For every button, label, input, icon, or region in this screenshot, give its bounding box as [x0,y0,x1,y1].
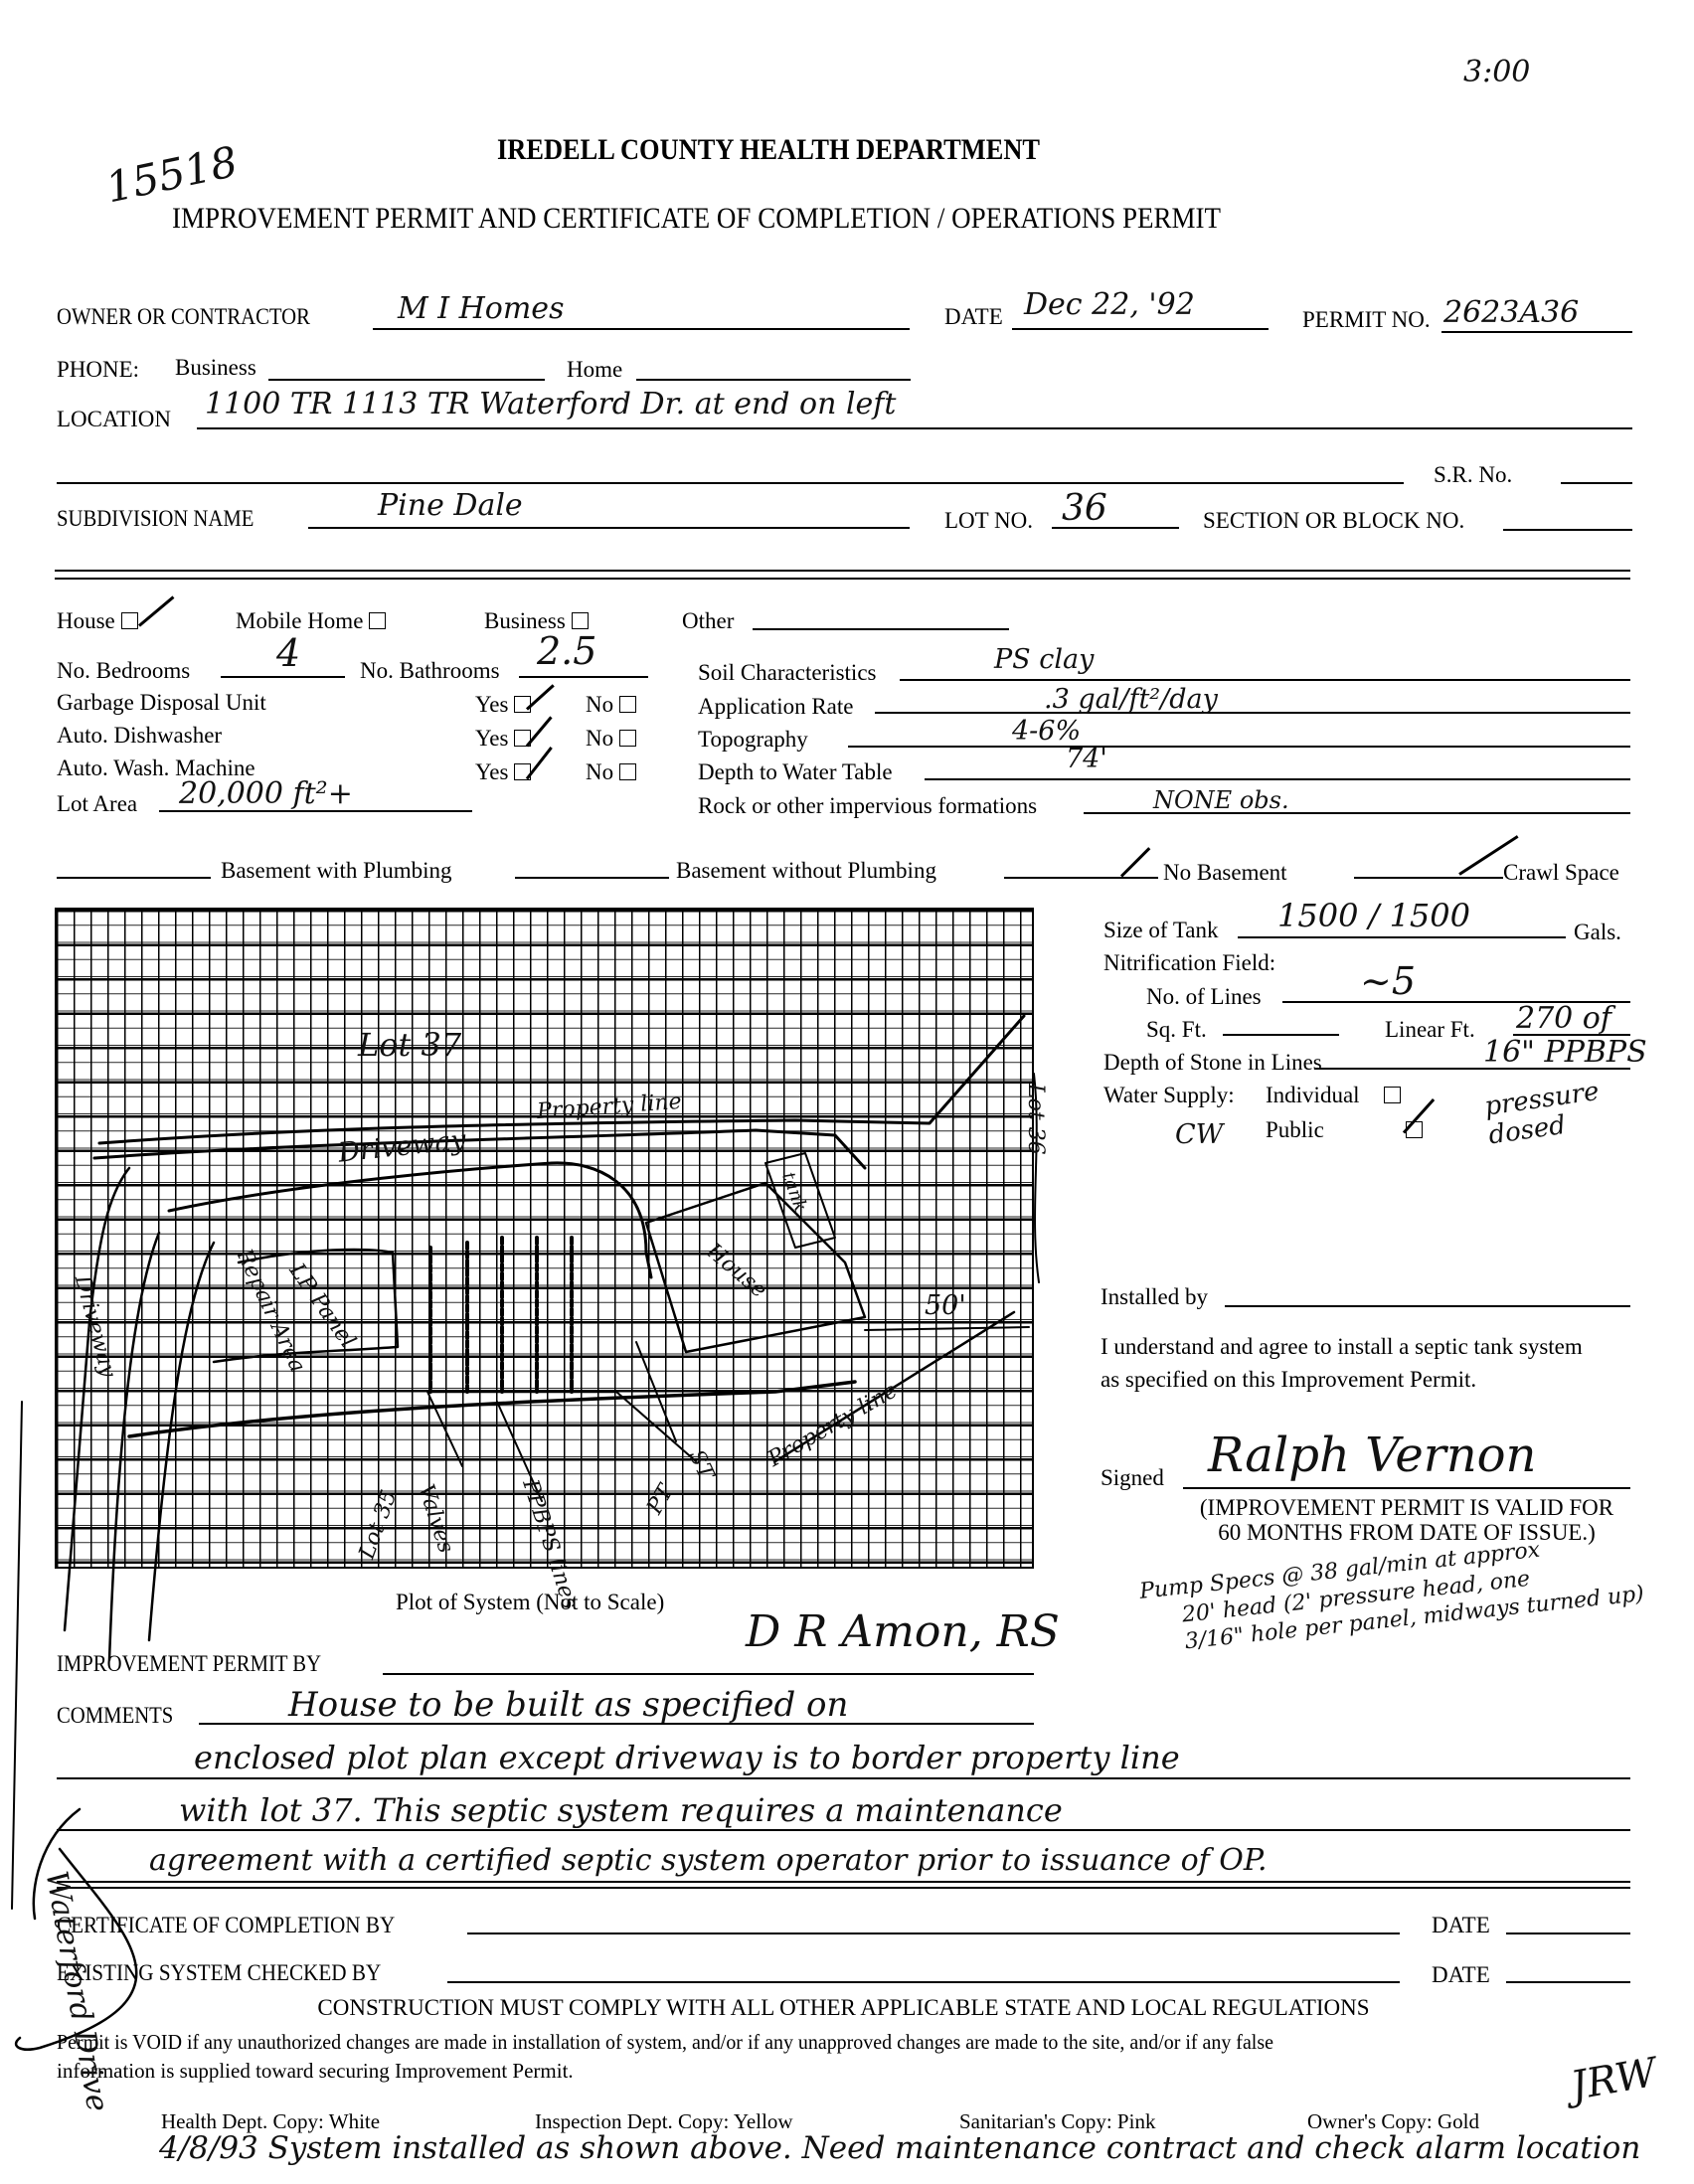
owner-label: OWNER OR CONTRACTOR [57,305,310,328]
application-rate-line [875,712,1630,714]
date-field[interactable]: Dec 22, '92 [1024,290,1195,320]
location-field-line [197,427,1632,429]
lines-label: No. of Lines [1146,985,1262,1008]
regulations-notice: CONSTRUCTION MUST COMPLY WITH ALL OTHER … [57,1996,1630,2019]
certificate-label: CERTIFICATE OF COMPLETION BY [57,1914,395,1936]
yes-label: Yes [475,692,508,717]
sr-number-label: S.R. No. [1434,463,1512,486]
garbage-disposal-no-checkbox[interactable] [619,696,636,713]
tank-size-unit: Gals. [1574,921,1621,943]
comments-text-2[interactable]: enclosed plot plan except driveway is to… [194,1742,1180,1773]
tank-size-label: Size of Tank [1103,919,1219,941]
basement-without-plumbing-field[interactable] [515,877,669,879]
individual-label: Individual [1266,1083,1360,1107]
yes-label: Yes [475,726,508,751]
void-notice-line-1: Permit is VOID if any unauthorized chang… [57,2032,1273,2053]
validity-line-1: (IMPROVEMENT PERMIT IS VALID FOR [1183,1496,1630,1519]
comments-text-4[interactable]: agreement with a certified septic system… [149,1846,1268,1876]
basement-without-plumbing-label: Basement without Plumbing [676,859,936,882]
permit-number-line [1441,331,1632,333]
no-label: No [586,759,613,784]
soil-characteristics-field[interactable]: PS clay [994,646,1094,673]
other-label: Other [682,609,734,632]
comments-line-3 [57,1829,1630,1831]
dishwasher-no[interactable]: No [586,727,636,750]
file-number-note: 15518 [102,141,241,210]
section-block-field[interactable] [1503,529,1632,531]
house-checkbox[interactable] [121,612,138,629]
basement-with-plumbing-field[interactable] [57,877,211,879]
water-supply-individual[interactable]: Individual [1266,1084,1401,1106]
stone-depth-label: Depth of Stone in Lines [1103,1051,1322,1074]
divider-bottom [55,578,1630,580]
copy-inspection-dept: Inspection Dept. Copy: Yellow [535,2111,793,2132]
water-supply-public[interactable]: Public [1266,1118,1423,1141]
linear-ft-field[interactable]: 270 of [1516,1004,1611,1034]
no-label: No [586,692,613,717]
installation-note: 4/8/93 System installed as shown above. … [159,2133,1640,2164]
divider-top [55,570,1630,572]
subdivision-label: SUBDIVISION NAME [57,507,254,530]
lines-field[interactable]: ~5 [1360,962,1416,1000]
bedrooms-line [221,676,345,678]
yes-label: Yes [475,759,508,784]
sr-number-field[interactable] [1561,482,1632,484]
plot-label-lot-side: Lot 36 [1022,1084,1050,1155]
pump-specs-note: Pump Specs @ 38 gal/min at approx 20' he… [1138,1526,1645,1660]
basement-with-plumbing-label: Basement with Plumbing [221,859,452,882]
section-block-label: SECTION OR BLOCK NO. [1203,509,1464,532]
house-check-mark [138,595,174,626]
form-title: IMPROVEMENT PERMIT AND CERTIFICATE OF CO… [172,202,1221,236]
installed-by-label: Installed by [1101,1285,1208,1308]
existing-date-label: DATE [1432,1963,1490,1986]
phone-label: PHONE: [57,358,139,381]
phone-business-label: Business [175,356,256,379]
plot-label-dimension: 50' [925,1292,966,1319]
nitrification-label: Nitrification Field: [1103,951,1275,974]
permit-by-line [383,1673,1034,1675]
public-water-note: CW [1175,1121,1223,1148]
certificate-date-field[interactable] [1506,1932,1630,1934]
bathrooms-label: No. Bathrooms [360,659,500,682]
rock-formations-field[interactable]: NONE obs. [1153,785,1289,815]
water-table-line [925,778,1630,780]
washing-machine-yes[interactable]: Yes [475,760,531,783]
certificate-field[interactable] [467,1932,1400,1934]
plot-grid [55,908,1034,1569]
inspector-initials: JRW [1568,2053,1659,2106]
topography-field[interactable]: 4-6% [1012,718,1081,745]
pressure-dosed-note: pressure dosed [1483,1075,1629,1150]
application-rate-label: Application Rate [698,695,854,718]
comments-text-1[interactable]: House to be built as specified on [288,1688,848,1722]
other-field[interactable] [753,628,1009,630]
lot-area-field[interactable]: 20,000 ft²+ [179,779,353,809]
mobile-home-label: Mobile Home [236,608,363,633]
garbage-disposal-yes[interactable]: Yes [475,693,531,716]
application-rate-field[interactable]: .3 gal/ft²/day [1044,686,1218,713]
agreement-line-2: as specified on this Improvement Permit. [1101,1368,1476,1391]
location-label: LOCATION [57,408,171,430]
soil-characteristics-label: Soil Characteristics [698,661,877,684]
agreement-line-1: I understand and agree to install a sept… [1101,1335,1583,1358]
rock-formations-label: Rock or other impervious formations [698,794,1037,817]
dishwasher-yes[interactable]: Yes [475,727,531,750]
comments-line-4 [57,1881,1630,1883]
water-table-field[interactable]: 74' [1066,746,1107,772]
permit-number-label: PERMIT NO. [1302,308,1431,331]
bathrooms-field[interactable]: 2.5 [537,632,596,670]
comments-label: COMMENTS [57,1704,173,1727]
no-basement-check-mark [1120,847,1150,877]
certificate-date-label: DATE [1432,1914,1490,1936]
house-label: House [57,608,115,633]
bathrooms-line [519,676,648,678]
lot-number-label: LOT NO. [944,509,1033,532]
copy-sanitarian: Sanitarian's Copy: Pink [959,2111,1155,2132]
garbage-disposal-label: Garbage Disposal Unit [57,691,266,714]
plot-caption: Plot of System (Not to Scale) [396,1591,664,1613]
public-label: Public [1266,1117,1324,1142]
margin-note-waterford: Waterford Drive [40,1869,111,2114]
comments-line-4b [57,1887,1630,1889]
void-notice-line-2: information is supplied toward securing … [57,2061,574,2082]
sqft-field[interactable] [1223,1034,1339,1036]
location-line-2 [57,482,1404,484]
crawl-space-label: Crawl Space [1503,861,1619,884]
topography-label: Topography [698,728,808,751]
signed-label: Signed [1101,1466,1164,1489]
permit-number-field[interactable]: 2623A36 [1443,298,1579,328]
copy-owner: Owner's Copy: Gold [1307,2111,1479,2132]
installed-by-field[interactable] [1225,1305,1630,1307]
linear-ft-label: Linear Ft. [1385,1018,1475,1041]
comments-text-3[interactable]: with lot 37. This septic system requires… [179,1794,1063,1826]
corner-time-note: 3:00 [1463,58,1530,87]
permit-by-label: IMPROVEMENT PERMIT BY [57,1652,321,1675]
mobile-home-checkbox[interactable] [369,612,386,629]
washing-machine-no-checkbox[interactable] [619,763,636,780]
building-type-mobile-home[interactable]: Mobile Home [236,609,386,632]
existing-system-label: EXISTING SYSTEM CHECKED BY [57,1961,381,1984]
garbage-disposal-no[interactable]: No [586,693,636,716]
water-table-label: Depth to Water Table [698,760,893,783]
stone-depth-field[interactable]: 16" PPBPS [1483,1038,1647,1068]
bedrooms-field[interactable]: 4 [276,634,300,672]
lot-area-label: Lot Area [57,792,137,815]
dishwasher-no-checkbox[interactable] [619,730,636,747]
washing-machine-no[interactable]: No [586,760,636,783]
department-title: IREDELL COUNTY HEALTH DEPARTMENT [497,133,1040,167]
signature-line [1183,1487,1630,1489]
sqft-label: Sq. Ft. [1146,1018,1207,1041]
copy-health-dept: Health Dept. Copy: White [161,2111,380,2132]
water-supply-label: Water Supply: [1103,1084,1235,1106]
topography-line [848,746,1630,748]
no-basement-field[interactable] [1004,877,1158,879]
individual-checkbox[interactable] [1384,1087,1401,1103]
bedrooms-label: No. Bedrooms [57,659,190,682]
building-type-house[interactable]: House [57,609,138,632]
tank-size-line [1238,936,1566,938]
owner-field-line [373,328,910,330]
date-field-line [1012,328,1269,330]
signature-field[interactable]: Ralph Vernon [1208,1431,1536,1479]
existing-system-field[interactable] [447,1981,1400,1983]
dishwasher-label: Auto. Dishwasher [57,724,222,747]
date-label: DATE [944,305,1003,328]
subdivision-field-line [308,527,910,529]
tank-size-field[interactable]: 1500 / 1500 [1277,900,1470,931]
phone-home-label: Home [567,358,622,381]
phone-business-field[interactable] [268,379,545,381]
no-basement-label: No Basement [1163,861,1287,884]
phone-home-field[interactable] [636,379,911,381]
business-checkbox[interactable] [572,612,589,629]
permit-by-signature[interactable]: D R Amon, RS [746,1610,1060,1654]
comments-line-2 [57,1777,1630,1779]
subdivision-field[interactable]: Pine Dale [378,491,523,521]
plot-label-lot37: Lot 37 [358,1029,461,1061]
no-label: No [586,726,613,751]
lot-number-field[interactable]: 36 [1062,491,1107,527]
location-field[interactable]: 1100 TR 1113 TR Waterford Dr. at end on … [205,390,896,420]
soil-characteristics-line [900,679,1630,681]
crawl-space-field[interactable] [1354,877,1503,879]
existing-date-field[interactable] [1506,1981,1630,1983]
owner-field[interactable]: M I Homes [398,294,564,324]
